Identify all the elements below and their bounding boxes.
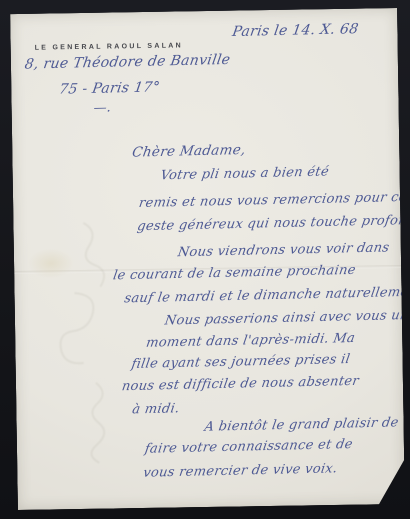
handwritten-line: geste généreux qui nous touche profondém… xyxy=(136,212,410,234)
address-line-1: 8, rue Théodore de Banville xyxy=(24,52,232,73)
handwritten-line: Nous passerions ainsi avec vous un xyxy=(164,308,410,329)
date-line: Paris le 14. X. 68 xyxy=(231,21,360,40)
letterhead-name: LE GENERAL RAOUL SALAN xyxy=(35,42,183,51)
ink-showthrough xyxy=(23,212,137,474)
handwritten-line: moment dans l'après-midi. Ma xyxy=(145,331,356,351)
handwritten-line: fille ayant ses journées prises il xyxy=(130,352,351,372)
handwritten-line: le courant de la semaine prochaine xyxy=(112,263,357,284)
handwritten-line: nous est difficile de nous absenter xyxy=(121,374,360,394)
letter-paper: LE GENERAL RAOUL SALAN 8, rue Théodore d… xyxy=(10,8,405,510)
salutation-line: Chère Madame, xyxy=(131,142,247,161)
handwritten-line: sauf le mardi et le dimanche naturelleme… xyxy=(123,284,410,306)
handwritten-line: faire votre connaissance et de xyxy=(144,437,354,457)
handwritten-line: à midi. xyxy=(131,401,180,417)
photo-backdrop: LE GENERAL RAOUL SALAN 8, rue Théodore d… xyxy=(0,0,410,519)
handwritten-line: Nous viendrons vous voir dans xyxy=(177,240,391,260)
handwritten-line: A bientôt le grand plaisir de xyxy=(203,415,399,434)
address-dash: —. xyxy=(92,100,112,115)
handwritten-line: vous remercier de vive voix. xyxy=(142,461,338,480)
handwritten-line: remis et nous vous remercions pour ce xyxy=(138,190,408,211)
address-line-2: 75 - Paris 17° xyxy=(58,79,161,97)
handwritten-line: Votre pli nous a bien été xyxy=(159,164,330,183)
